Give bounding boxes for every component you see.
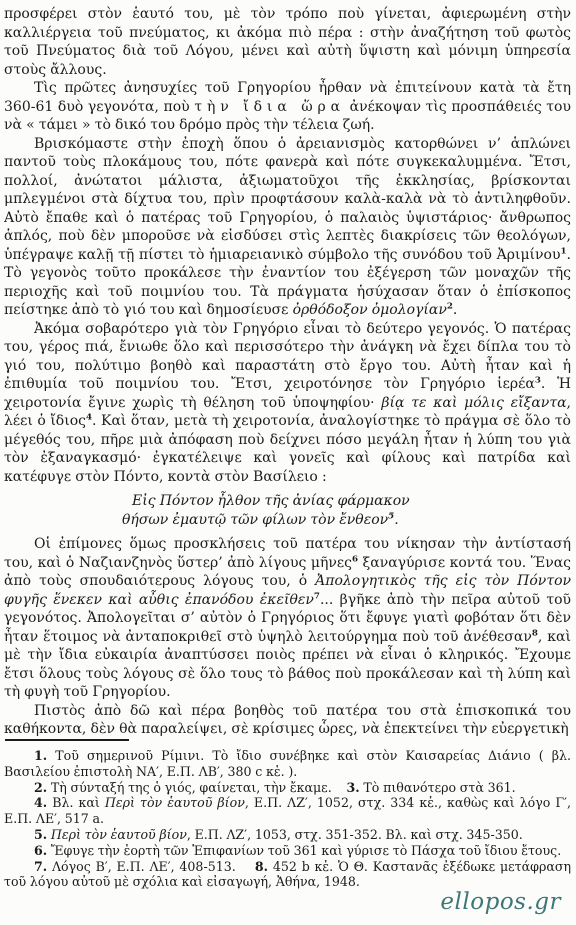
text-segment: ὀρθόδοξον ὁμολογίαν [293, 302, 447, 318]
text-segment: 1. [34, 748, 47, 763]
paragraph: Οἱ ἐπίμονες ὅμως προσκλήσεις τοῦ πατέρα … [4, 535, 571, 702]
text-segment: Τὴ σύνταξή της ὁ γιός, φαίνεται, τὴν ἔκα… [47, 780, 346, 795]
text-segment: θήσων ἐμαυτῷ τῶν φίλων τὸν ἔνθεον [122, 512, 388, 528]
text-segment: Ἀκόμα σοβαρότερο γιὰ τὸν Γρηγόριο εἶναι … [4, 321, 571, 393]
paragraph: Ἀκόμα σοβαρότερο γιὰ τὸν Γρηγόριο εἶναι … [4, 320, 571, 487]
body-text-column: προσφέρει στὸν ἑαυτό του, μὲ τὸν τρόπο π… [4, 5, 571, 738]
text-segment: Λόγος Β′, Ε.Π. ΛΕ′, 408-513. [47, 859, 255, 874]
text-segment: βίᾳ τε καὶ μόλις εἴξαντα [381, 395, 566, 411]
text-segment: 7. [34, 859, 47, 874]
paragraph: Πιστὸς ἀπὸ δῶ καὶ πέρα βοηθὸς τοῦ πατέρα… [4, 702, 571, 739]
text-segment: Βλ. καὶ [47, 795, 105, 810]
paragraph: Βρισκόμαστε στὴν ἐποχὴ ὅπου ὁ ἀρειανισμὸ… [4, 135, 571, 320]
text-segment: Ἔφυγε τὴν ἑορτὴ τῶν Ἐπιφανίων τοῦ 361 κα… [47, 843, 561, 858]
text-segment: προσφέρει στὸν ἑαυτό του, μὲ τὸν τρόπο π… [4, 6, 571, 78]
footnote-separator [5, 739, 129, 741]
text-segment: . Καὶ ὅταν, μετὰ τὴ χειροτονία, ἀναλογίσ… [4, 413, 571, 485]
footnote-item: 7. Λόγος Β′, Ε.Π. ΛΕ′, 408-513. 8. 452 b… [4, 859, 571, 891]
verse-line: θήσων ἐμαυτῷ τῶν φίλων τὸν ἔνθεον5. [122, 511, 571, 530]
paragraph: Τὶς πρῶτες ἀνησυχίες τοῦ Γρηγορίου ἦρθαν… [4, 79, 571, 135]
watermark-ellopos: ellopos.gr [440, 889, 561, 915]
book-page: προσφέρει στὸν ἑαυτό του, μὲ τὸν τρόπο π… [0, 0, 576, 925]
text-segment: 2. [34, 780, 47, 795]
text-segment: 5. [34, 827, 47, 842]
text-segment: 8. [255, 859, 268, 874]
text-segment: 4. [34, 795, 47, 810]
footnote-item: 6. Ἔφυγε τὴν ἑορτὴ τῶν Ἐπιφανίων τοῦ 361… [4, 843, 571, 859]
text-segment: Περὶ τὸν ἑαυτοῦ βίον [51, 827, 187, 842]
text-segment: Πιστὸς ἀπὸ δῶ καὶ πέρα βοηθὸς τοῦ πατέρα… [4, 703, 571, 738]
text-segment: 6. [34, 843, 47, 858]
text-segment: Βρισκόμαστε στὴν ἐποχὴ ὅπου ὁ ἀρειανισμὸ… [4, 136, 571, 263]
verse-quote: Εἰς Πόντον ἦλθον τῆς ἀνίας φάρμακονθήσων… [122, 492, 571, 529]
footnote-item: 4. Βλ. καὶ Περὶ τὸν ἑαυτοῦ βίον, Ε.Π. ΛΖ… [4, 795, 571, 827]
footnotes-section: 1. Τοῦ σημερινοῦ Ρίμινι. Τὸ ἴδιο συνέβηκ… [4, 748, 571, 890]
footnote-item: 2. Τὴ σύνταξή της ὁ γιός, φαίνεται, τὴν … [4, 780, 571, 796]
text-segment: . [453, 302, 457, 318]
text-segment: Τὸ πιθανότερο στὰ 361. [360, 780, 516, 795]
text-segment: τὴν ἴδια ὥρα [194, 99, 345, 115]
footnote-item: 5. Περὶ τὸν ἑαυτοῦ βίον, Ε.Π. ΛΖ′, 1053,… [4, 827, 571, 843]
text-segment: Εἰς Πόντον ἦλθον τῆς ἀνίας φάρμακον [132, 493, 410, 509]
verse-line: Εἰς Πόντον ἦλθον τῆς ἀνίας φάρμακον [122, 492, 571, 511]
text-segment: . [394, 512, 398, 528]
footnote-item: 1. Τοῦ σημερινοῦ Ρίμινι. Τὸ ἴδιο συνέβηκ… [4, 748, 571, 780]
text-segment: , Ε.Π. ΛΖ′, 1053, στχ. 351-352. Βλ. καὶ … [187, 827, 523, 842]
paragraph: προσφέρει στὸν ἑαυτό του, μὲ τὸν τρόπο π… [4, 5, 571, 79]
text-segment: Περὶ τὸν ἑαυτοῦ βίον [105, 795, 245, 810]
text-segment: 3. [347, 780, 360, 795]
text-segment: Τοῦ σημερινοῦ Ρίμινι. Τὸ ἴδιο συνέβηκε κ… [4, 748, 571, 779]
